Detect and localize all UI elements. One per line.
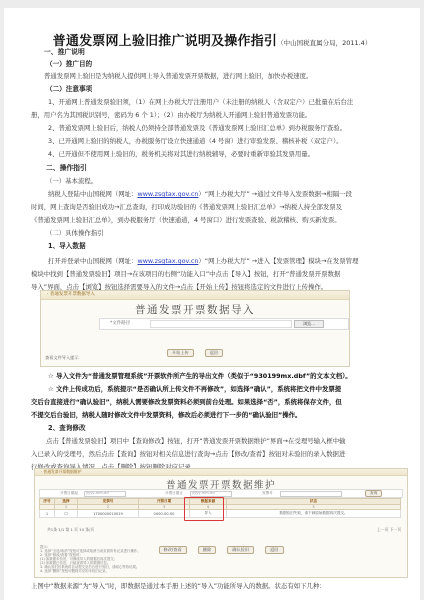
note: 不提交后台验旧，纳税人随时修改文件中发票资料，修改后必须进行下一步的“确认验旧”… xyxy=(31,411,301,419)
step-heading: 2、查询修改 xyxy=(48,424,86,432)
row-checkbox[interactable]: ☐ xyxy=(55,510,78,518)
upload-button[interactable]: 开始上传 xyxy=(167,349,194,357)
website-link[interactable]: www.zsgtax.gov.cn xyxy=(137,190,198,198)
query-button[interactable]: 查询 xyxy=(365,490,382,497)
text: 打开并登录中山国税网（网址： xyxy=(48,257,137,265)
invoice-no-input[interactable] xyxy=(280,491,342,497)
paragraph: 上图中“数据来源”为“导入”时，即数据是通过本手册上述的“导入”功能所导入的数据… xyxy=(31,582,326,590)
import-hint-link[interactable]: 查看文件导入提示 xyxy=(45,355,79,361)
paragraph: 时间，网上查询是否验旧成功→汇总查询，打印成功验旧的《普通发票网上验旧汇总单》→… xyxy=(31,203,342,211)
document-title: 普通发票网上验旧推广说明及操作指引（中山国税直属分局，2011.4） xyxy=(4,30,420,49)
subsection-heading: （一）推广目的 xyxy=(46,60,92,68)
title-main: 普通发票网上验旧推广说明及操作指引 xyxy=(53,34,277,49)
delete-button[interactable]: 删除 xyxy=(198,546,216,554)
import-screenshot: · 普通发票开票数据导入 普通发票开票数据导入 *文件路径 浏览... 开始上传… xyxy=(40,290,350,367)
date-from-value: yyyy-mm-dd xyxy=(86,490,109,497)
paragraph: 普通发票网上验旧是为纳税人提供网上导入普通发票开票数据，进行网上验旧，加快办税速… xyxy=(44,72,312,80)
import-actions: 开始上传 返回 xyxy=(41,339,349,358)
section-heading: 二、操作指引 xyxy=(46,164,87,172)
maintain-notes: 提示： 1. 选择“全选/取消”按钮可选择或取消当前页面所有记录进行操作。 2.… xyxy=(40,545,141,573)
date-from-label: 开票日期起 xyxy=(60,490,78,497)
confirm-button[interactable]: 确认验旧 xyxy=(227,546,254,554)
file-path-input[interactable] xyxy=(150,320,292,328)
file-path-label: *文件路径 xyxy=(110,320,130,326)
subsection-heading: （二）注意事项 xyxy=(46,85,92,93)
paragraph: 1、开通网上普通发票验旧须，（1）在网上办税大厅注册用户（未注册的纳税人（含双定… xyxy=(48,98,353,106)
import-breadcrumb: · 普通发票开票数据导入 xyxy=(41,291,349,300)
cell-seq: 1 xyxy=(40,510,55,518)
text: 纳税人登陆中山国税网（网址： xyxy=(48,190,137,198)
paragraph: 《普通发票网上验旧汇总单》，到办税服务厅（快速通道，4 号窗口）进行发票查验、税… xyxy=(31,216,341,224)
highlight-box xyxy=(184,497,224,521)
paragraph: 模块中找到【普通发票验旧】项目→在该项目的右侧“功能入口”中点击【导入】按钮，打… xyxy=(31,270,340,278)
text: ）“网上办税大厅” →进入【发票管理】模块→在发票管理 xyxy=(198,257,358,265)
paragraph: 入已录入的受理号，然后点击【查询】按钮对相关信息进行查询→点击【修改/查看】按钮… xyxy=(31,450,345,458)
edit-view-button[interactable]: 修改/查看 xyxy=(159,546,187,554)
document-page: 普通发票网上验旧推广说明及操作指引（中山国税直属分局，2011.4） 一、推广说… xyxy=(4,8,420,600)
paragraph: 2、普通发票网上验旧后，纳税人仍须持全部普通发票及《普通发票网上验旧汇总单》到办… xyxy=(48,124,346,132)
date-to-label: 开票日期止 xyxy=(165,490,183,497)
note: 交后台直接进行“确认验旧”，纳税人需要修改发票资料必须到前台处理。如果选择“否”… xyxy=(31,398,342,406)
cell-invoice-no: 1700000010019 xyxy=(78,510,139,518)
browse-button[interactable]: 浏览... xyxy=(294,320,324,328)
text: ）“网上办税大厅” →通过文件导入发票数据→相隔一段 xyxy=(198,190,352,198)
file-path-row: *文件路径 浏览... xyxy=(99,318,349,330)
title-sub: （中山国税直属分局，2011.4） xyxy=(277,39,371,47)
maintain-breadcrumb: · 普通发票开票数据维护 xyxy=(35,469,407,476)
back-button[interactable]: 返回 xyxy=(205,349,223,357)
paragraph: 点击【普通发票验旧】项目中【查询修改】按钮，打开“普通发票开票数据维护”界面→在… xyxy=(46,437,346,445)
paragraph: 3、已开通网上验旧的纳税人，办税服务厅设立快速通道（4 号窗）进行审验发票、稽核… xyxy=(48,137,343,145)
invoice-no-label: 发票号 xyxy=(262,490,273,497)
cell-date: 0000-00-00 xyxy=(139,510,190,518)
website-link[interactable]: www.zsgtax.gov.cn xyxy=(137,257,198,265)
maintain-screenshot: · 普通发票开票数据维护 普通发票开票数据维护 开票日期起 yyyy-mm-dd… xyxy=(34,468,408,578)
import-title: 普通发票开票数据导入 xyxy=(41,302,349,317)
pager-info: 共1条 1/1 第 1 页 10 条/页 xyxy=(47,527,94,533)
paragraph: 册，用户名为其国税识别号，密码为 6 个 1）；（2）由办税厅为纳税人开通网上验… xyxy=(31,111,311,119)
back-button[interactable]: 返回 xyxy=(265,546,283,554)
cell-status: 数据验旧失败，请下载原始数据再次提交。 xyxy=(227,510,401,518)
subsection-heading: （二）具体操作指引 xyxy=(46,229,104,237)
subsection-heading: （一）基本流程。 xyxy=(46,177,97,185)
note-line: 4. 选择“删除”按钮可删除对应的未验旧记录。 xyxy=(40,569,141,573)
note: ☆ 文件上传成功后，系统提示“是否确认所上传文件不再修改”，如选择“确认”，系统… xyxy=(48,385,341,393)
note: ☆ 导入文件为“普通发票管理系统”开票软件所产生的导出文件（类似于“930199… xyxy=(48,372,352,380)
paragraph: 纳税人登陆中山国税网（网址：www.zsgtax.gov.cn）“网上办税大厅”… xyxy=(48,190,352,198)
paragraph: 打开并登录中山国税网（网址：www.zsgtax.gov.cn）“网上办税大厅”… xyxy=(48,257,358,265)
section-heading: 一、推广说明 xyxy=(44,48,85,56)
paragraph: 4、已开通但不使用网上验旧的，税务机关将对其进行纳税辅导，必要时重新审验其发票用… xyxy=(48,150,314,158)
pager-nav[interactable]: 上一页 下一页 xyxy=(377,527,401,533)
date-to-value: yyyy-mm-dd xyxy=(192,490,215,497)
step-heading: 1、导入数据 xyxy=(48,242,86,250)
